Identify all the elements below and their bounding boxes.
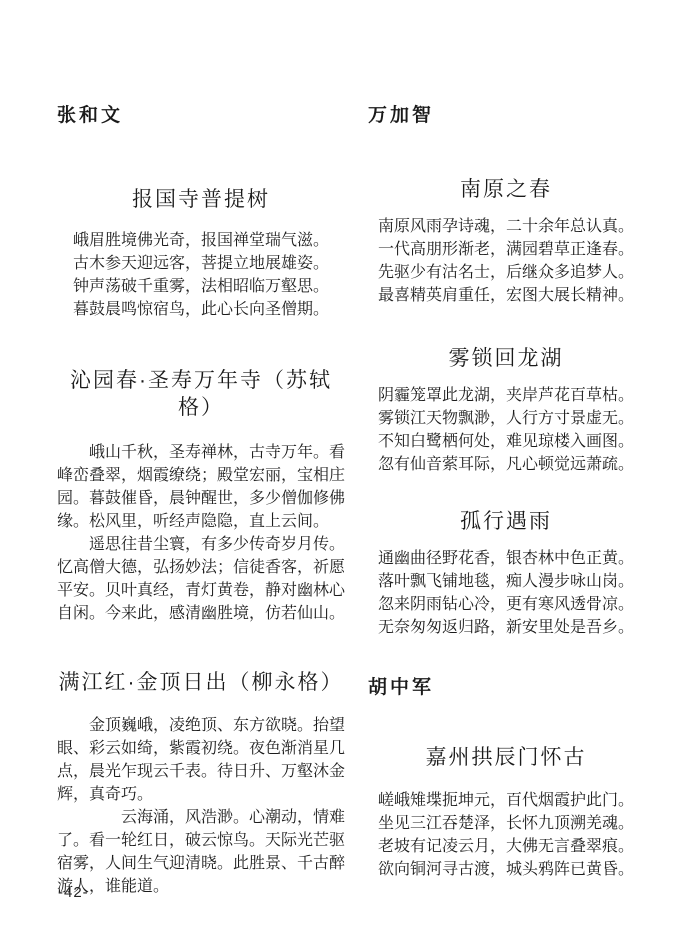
poem-line: 阴霾笼罩此龙湖，夹岸芦花百草枯。 xyxy=(368,384,644,407)
poem-line: 最喜精英肩重任，宏图大展长精神。 xyxy=(368,284,644,307)
poem-line: 不知白鹭栖何处，难见琼楼入画图。 xyxy=(368,430,644,453)
right-column: 万加智 南原之春 南原风雨孕诗魂，二十余年总认真。 一代高朋形渐老，满园碧草正逢… xyxy=(368,103,644,881)
poem-line: 峨眉胜境佛光奇，报国禅堂瑞气滋。 xyxy=(57,229,345,252)
poem-baoguosi: 报国寺普提树 峨眉胜境佛光奇，报国禅堂瑞气滋。 古木参天迎远客，菩提立地展雄姿。… xyxy=(57,186,345,321)
poem-title: 雾锁回龙湖 xyxy=(368,345,644,372)
poem-nanyuanzhichun: 南原之春 南原风雨孕诗魂，二十余年总认真。 一代高朋形渐老，满园碧草正逢春。 先… xyxy=(368,176,644,307)
poem-line: 落叶飘飞铺地毯，痴人漫步咏山岗。 xyxy=(368,570,644,593)
poem-stanza: 云海涌，风浩渺。心潮动，情难了。看一轮红日，破云惊鸟。天际光芒驱宿雾，人间生气迎… xyxy=(57,806,345,898)
left-column: 张和文 报国寺普提树 峨眉胜境佛光奇，报国禅堂瑞气滋。 古木参天迎远客，菩提立地… xyxy=(57,103,345,898)
poem-line: 欲向铜河寻古渡，城头鸦阵已黄昏。 xyxy=(368,858,644,881)
poem-title: 南原之春 xyxy=(368,176,644,203)
author-name: 张和文 xyxy=(57,103,345,128)
poem-body: 南原风雨孕诗魂，二十余年总认真。 一代高朋形渐老，满园碧草正逢春。 先驱少有沽名… xyxy=(368,215,644,307)
poem-body: 通幽曲径野花香，银杏林中色正黄。 落叶飘飞铺地毯，痴人漫步咏山岗。 忽来阴雨钻心… xyxy=(368,547,644,639)
poem-qinyuanchun: 沁园春·圣寿万年寺（苏轼格） 峨山千秋，圣寿禅林，古寺万年。看峰峦叠翠，烟霞缭绕… xyxy=(57,367,345,625)
poem-stanza: 遥思往昔尘寰，有多少传奇岁月传。忆高僧大德，弘扬妙法；信徒香客，祈愿平安。贝叶真… xyxy=(57,533,345,625)
poem-title: 孤行遇雨 xyxy=(368,508,644,535)
poetry-book-page: 张和文 报国寺普提树 峨眉胜境佛光奇，报国禅堂瑞气滋。 古木参天迎远客，菩提立地… xyxy=(0,0,700,950)
author-name: 万加智 xyxy=(368,103,644,128)
poem-title: 嘉州拱辰门怀古 xyxy=(368,744,644,771)
poem-title: 满江红·金顶日出（柳永格） xyxy=(57,669,345,696)
poem-line: 暮鼓晨鸣惊宿鸟，此心长向圣僧期。 xyxy=(57,298,345,321)
page-number: -42- xyxy=(58,884,89,901)
poem-title: 沁园春·圣寿万年寺（苏轼格） xyxy=(57,367,345,421)
poem-wusuohuilonghu: 雾锁回龙湖 阴霾笼罩此龙湖，夹岸芦花百草枯。 雾锁江天物飘渺，人行方寸景虚无。 … xyxy=(368,345,644,476)
poem-line: 古木参天迎远客，菩提立地展雄姿。 xyxy=(57,252,345,275)
poem-line: 无奈匆匆返归路，新安里处是吾乡。 xyxy=(368,616,644,639)
poem-body: 阴霾笼罩此龙湖，夹岸芦花百草枯。 雾锁江天物飘渺，人行方寸景虚无。 不知白鹭栖何… xyxy=(368,384,644,476)
poem-stanza: 峨山千秋，圣寿禅林，古寺万年。看峰峦叠翠，烟霞缭绕；殿堂宏丽，宝相庄园。暮鼓催昏… xyxy=(57,441,345,533)
poem-manjianghong: 满江红·金顶日出（柳永格） 金顶巍峨，凌绝顶、东方欲晓。抬望眼、彩云如绮，紫霞初… xyxy=(57,669,345,898)
poem-line: 老坡有记凌云月，大佛无言叠翠痕。 xyxy=(368,835,644,858)
poem-line: 钟声荡破千重雾，法相昭临万壑思。 xyxy=(57,275,345,298)
poem-line: 坐见三江吞楚泽，长怀九顶溯羌魂。 xyxy=(368,812,644,835)
poem-title: 报国寺普提树 xyxy=(57,186,345,213)
poem-line: 南原风雨孕诗魂，二十余年总认真。 xyxy=(368,215,644,238)
poem-jiazhou: 嘉州拱辰门怀古 嵯峨雉堞扼坤元，百代烟霞护此门。 坐见三江吞楚泽，长怀九顶溯羌魂… xyxy=(368,744,644,881)
poem-guxingyuyu: 孤行遇雨 通幽曲径野花香，银杏林中色正黄。 落叶飘飞铺地毯，痴人漫步咏山岗。 忽… xyxy=(368,508,644,639)
poem-line: 先驱少有沽名士，后继众多追梦人。 xyxy=(368,261,644,284)
poem-line: 嵯峨雉堞扼坤元，百代烟霞护此门。 xyxy=(368,789,644,812)
poem-line: 忽来阴雨钻心冷，更有寒风透骨凉。 xyxy=(368,593,644,616)
poem-line: 通幽曲径野花香，银杏林中色正黄。 xyxy=(368,547,644,570)
poem-body: 嵯峨雉堞扼坤元，百代烟霞护此门。 坐见三江吞楚泽，长怀九顶溯羌魂。 老坡有记凌云… xyxy=(368,789,644,881)
poem-line: 雾锁江天物飘渺，人行方寸景虚无。 xyxy=(368,407,644,430)
poem-line: 一代高朋形渐老，满园碧草正逢春。 xyxy=(368,238,644,261)
author-name: 胡中军 xyxy=(368,675,644,700)
poem-stanza: 金顶巍峨，凌绝顶、东方欲晓。抬望眼、彩云如绮，紫霞初绕。夜色渐消星几点，晨光乍现… xyxy=(57,714,345,806)
poem-line: 忽有仙音萦耳际，凡心顿觉远萧疏。 xyxy=(368,453,644,476)
poem-body: 峨眉胜境佛光奇，报国禅堂瑞气滋。 古木参天迎远客，菩提立地展雄姿。 钟声荡破千重… xyxy=(57,229,345,321)
